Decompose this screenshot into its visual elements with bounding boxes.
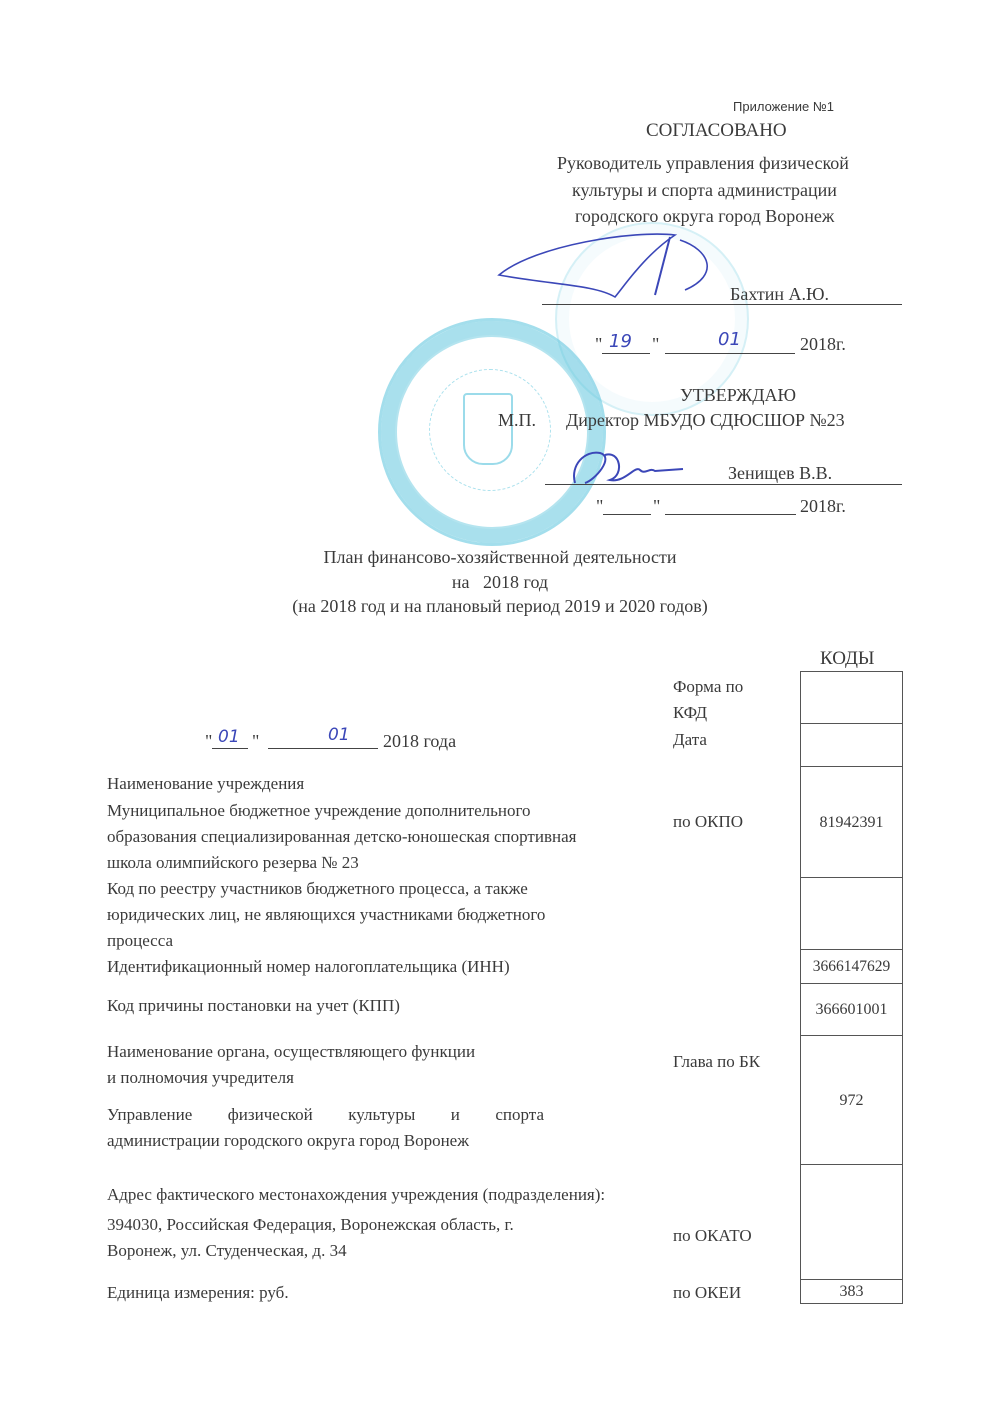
approved-date-close-quote: " [653, 496, 660, 517]
approved-title: УТВЕРЖДАЮ [680, 385, 796, 406]
agreed-date-month-line [665, 353, 795, 354]
approved-signer-name: Зенищев В.В. [728, 463, 832, 484]
founder-label-line-2: и полномочия учредителя [107, 1068, 294, 1088]
unit-label: Единица измерения: руб. [107, 1283, 289, 1303]
approved-date-year: 2018г. [800, 496, 846, 517]
label-glava-bk: Глава по БК [673, 1052, 760, 1072]
agreed-position-line-1: Руководитель управления физической [557, 153, 849, 174]
agreed-position-line-3: городского округа город Воронеж [575, 206, 834, 227]
code-cell-okpo: 81942391 [801, 766, 902, 878]
label-okato: по ОКАТО [673, 1226, 752, 1246]
institution-label: Наименование учреждения [107, 774, 304, 794]
document-title-line-1: План финансово-хозяйственной деятельност… [0, 547, 1000, 568]
codes-header: КОДЫ [820, 648, 875, 670]
plan-date-month-line [268, 748, 378, 749]
address-label: Адрес фактического местонахождения учреж… [107, 1185, 605, 1205]
plan-date-year: 2018 года [383, 731, 456, 752]
approved-date-day-line [603, 514, 651, 515]
agreed-date-day: 19 [609, 331, 632, 352]
founder-name-line-2: администрации городского округа город Во… [107, 1131, 469, 1151]
code-cell-glava-bk: 972 [801, 1035, 902, 1165]
code-cell-date [801, 723, 902, 767]
plan-date-day-line [212, 748, 248, 749]
agreed-date-day-line [602, 353, 650, 354]
institution-name-line-2: образования специализированная детско-юн… [107, 827, 576, 847]
agreed-date-year: 2018г. [800, 334, 846, 355]
registry-label-line-3: процесса [107, 931, 173, 951]
plan-date-day: 01 [218, 727, 240, 747]
code-cell-kpp: 366601001 [801, 983, 902, 1036]
code-cell-okei: 383 [801, 1279, 902, 1304]
registry-label-line-2: юридических лиц, не являющихся участника… [107, 905, 545, 925]
registry-label-line-1: Код по реестру участников бюджетного про… [107, 879, 528, 899]
institution-name-line-3: школа олимпийского резерва № 23 [107, 853, 359, 873]
agreed-position-line-2: культуры и спорта администрации [572, 180, 837, 201]
plan-date-month: 01 [328, 725, 350, 745]
agreed-date-close-quote: " [652, 334, 659, 355]
plan-date-close-quote: " [252, 731, 259, 752]
approved-signature-line [545, 484, 902, 485]
label-date: Дата [673, 730, 707, 750]
code-cell-inn: 3666147629 [801, 949, 902, 984]
agreed-date-month: 01 [718, 329, 741, 350]
label-form-kfd-2: КФД [673, 703, 707, 723]
code-cell-registry [801, 877, 902, 950]
document-title-line-3: (на 2018 год и на плановый период 2019 и… [0, 596, 1000, 617]
kpp-label: Код причины постановки на учет (КПП) [107, 996, 400, 1016]
label-okei: по ОКЕИ [673, 1283, 741, 1303]
inn-label: Идентификационный номер налогоплательщик… [107, 957, 510, 977]
code-cell-form-kfd [801, 672, 902, 723]
approved-date-month-line [665, 514, 796, 515]
signature-bakhtin-icon [495, 225, 725, 305]
founder-label-line-1: Наименование органа, осуществляющего фун… [107, 1042, 475, 1062]
code-cell-okato [801, 1164, 902, 1280]
address-line-2: Воронеж, ул. Студенческая, д. 34 [107, 1241, 347, 1261]
document-title-line-2: на 2018 год [0, 572, 1000, 593]
approved-position: Директор МБУДО СДЮСШОР №23 [566, 410, 845, 431]
label-okpo: по ОКПО [673, 812, 743, 832]
codes-table: 81942391 3666147629 366601001 972 383 [800, 671, 903, 1304]
appendix-label: Приложение №1 [733, 99, 834, 114]
institution-name-line-1: Муниципальное бюджетное учреждение допол… [107, 801, 531, 821]
stamp-place-label: М.П. [498, 410, 536, 431]
address-line-1: 394030, Российская Федерация, Воронежска… [107, 1215, 514, 1235]
agreed-signer-name: Бахтин А.Ю. [730, 284, 829, 305]
agreed-title: СОГЛАСОВАНО [646, 120, 787, 142]
founder-name-line-1: Управление физической культуры и спорта [107, 1105, 544, 1125]
agreed-signature-line [542, 304, 902, 305]
label-form-kfd-1: Форма по [673, 677, 743, 697]
agreed-date-open-quote: " [595, 334, 602, 355]
